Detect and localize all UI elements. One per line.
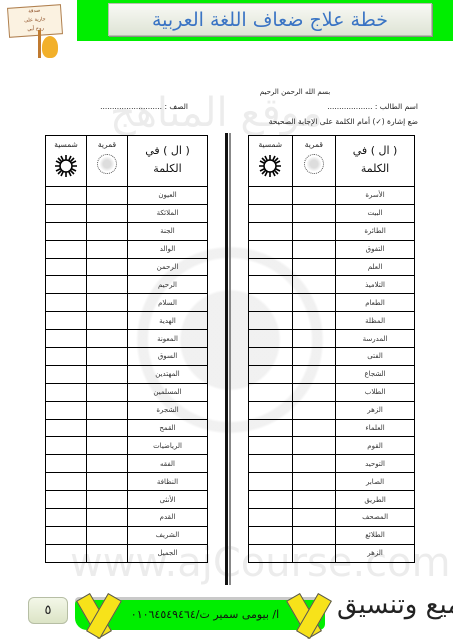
- word-cell: الجميل: [128, 544, 208, 562]
- solar-label: شمسية: [249, 136, 292, 149]
- table-row: الأسرة: [249, 187, 415, 205]
- solar-check-cell[interactable]: [46, 312, 87, 330]
- word-cell: الهدية: [128, 312, 208, 330]
- solar-check-cell[interactable]: [249, 544, 293, 562]
- solar-check-cell[interactable]: [249, 365, 293, 383]
- word-cell: الطلاب: [336, 383, 415, 401]
- solar-check-cell[interactable]: [46, 455, 87, 473]
- word-cell: العلماء: [336, 419, 415, 437]
- table-row: الرياضيات: [46, 437, 208, 455]
- lunar-check-cell[interactable]: [292, 509, 336, 527]
- solar-check-cell[interactable]: [46, 383, 87, 401]
- solar-check-cell[interactable]: [46, 365, 87, 383]
- lunar-check-cell[interactable]: [87, 491, 128, 509]
- word-cell: الشجاع: [336, 365, 415, 383]
- table-row: الزهر: [249, 544, 415, 562]
- solar-check-cell[interactable]: [46, 526, 87, 544]
- word-cell: الأسرة: [336, 187, 415, 205]
- watermark-text: موقع المناهج: [110, 90, 323, 136]
- word-cell: المظلة: [336, 312, 415, 330]
- solar-check-cell[interactable]: [249, 383, 293, 401]
- lunar-check-cell[interactable]: [87, 383, 128, 401]
- lunar-label: قمرية: [87, 136, 127, 149]
- lunar-check-cell[interactable]: [87, 473, 128, 491]
- solar-check-cell[interactable]: [249, 276, 293, 294]
- solar-check-cell[interactable]: [249, 204, 293, 222]
- table-row: القدم: [46, 509, 208, 527]
- table-row: العلماء: [249, 419, 415, 437]
- table-row: التلاميذ: [249, 276, 415, 294]
- lunar-check-cell[interactable]: [87, 526, 128, 544]
- column-divider-shadow: [229, 133, 231, 585]
- table-row: الطعام: [249, 294, 415, 312]
- solar-check-cell[interactable]: [249, 437, 293, 455]
- table-row: الفتى: [249, 348, 415, 366]
- table-row: العلم: [249, 258, 415, 276]
- lunar-check-cell[interactable]: [87, 401, 128, 419]
- table-row: الفقه: [46, 455, 208, 473]
- lunar-check-cell[interactable]: [87, 312, 128, 330]
- table-row: الزهر: [249, 401, 415, 419]
- word-cell: المدرسة: [336, 330, 415, 348]
- table-row: الشريف: [46, 526, 208, 544]
- solar-check-cell[interactable]: [46, 509, 87, 527]
- lunar-check-cell[interactable]: [292, 258, 336, 276]
- lunar-check-cell[interactable]: [292, 401, 336, 419]
- logo-sign: صدقة جارية على روح أبي: [7, 4, 63, 38]
- lunar-check-cell[interactable]: [292, 294, 336, 312]
- header-line: الكلمة: [128, 160, 207, 178]
- word-cell: الرياضيات: [128, 437, 208, 455]
- lunar-check-cell[interactable]: [87, 240, 128, 258]
- table-row: المعونة: [46, 330, 208, 348]
- table-row: المهتدين: [46, 365, 208, 383]
- table-row: الهدية: [46, 312, 208, 330]
- table-row: المسلمين: [46, 383, 208, 401]
- table-row: السوق: [46, 348, 208, 366]
- word-cell: السلام: [128, 294, 208, 312]
- word-cell: المسلمين: [128, 383, 208, 401]
- lunar-check-cell[interactable]: [292, 276, 336, 294]
- solar-check-cell[interactable]: [46, 473, 87, 491]
- table-header-row: ( ال ) في الكلمة قمرية شمسية: [46, 136, 208, 187]
- word-cell: الطريق: [336, 491, 415, 509]
- lunar-check-cell[interactable]: [292, 240, 336, 258]
- lunar-check-cell[interactable]: [87, 348, 128, 366]
- solar-check-cell[interactable]: [46, 204, 87, 222]
- lunar-check-cell[interactable]: [292, 383, 336, 401]
- table-row: العيون: [46, 187, 208, 205]
- lunar-check-cell[interactable]: [87, 330, 128, 348]
- table-row: التفوق: [249, 240, 415, 258]
- solar-check-cell[interactable]: [249, 294, 293, 312]
- lunar-check-cell[interactable]: [87, 204, 128, 222]
- student-name-field: اسم الطالب : ...................: [327, 102, 418, 111]
- lunar-check-cell[interactable]: [292, 365, 336, 383]
- lunar-check-cell[interactable]: [292, 330, 336, 348]
- table-row: النظافة: [46, 473, 208, 491]
- solar-check-cell[interactable]: [249, 473, 293, 491]
- column-divider: [225, 133, 228, 585]
- word-cell: التلاميذ: [336, 276, 415, 294]
- solar-check-cell[interactable]: [46, 401, 87, 419]
- lunar-column-header: قمرية: [87, 136, 128, 187]
- word-cell: الطعام: [336, 294, 415, 312]
- word-cell: الطائرة: [336, 222, 415, 240]
- solar-check-cell[interactable]: [249, 222, 293, 240]
- solar-label: شمسية: [46, 136, 86, 149]
- lunar-check-cell[interactable]: [87, 455, 128, 473]
- lunar-label: قمرية: [293, 136, 336, 149]
- word-cell: الطلائع: [336, 526, 415, 544]
- word-cell: المعونة: [128, 330, 208, 348]
- lunar-check-cell[interactable]: [292, 526, 336, 544]
- solar-check-cell[interactable]: [249, 330, 293, 348]
- solar-check-cell[interactable]: [249, 312, 293, 330]
- table-row: المظلة: [249, 312, 415, 330]
- word-cell: المهتدين: [128, 365, 208, 383]
- word-cell: القوم: [336, 437, 415, 455]
- solar-column-header: شمسية: [249, 136, 293, 187]
- word-cell: القدم: [128, 509, 208, 527]
- word-cell: التفوق: [336, 240, 415, 258]
- table-row: الرحيم: [46, 276, 208, 294]
- lunar-check-cell[interactable]: [292, 544, 336, 562]
- author-contact: ا/ بيومى سمير ت/٠١٠٦٤٥٤٩٤٦٤: [115, 608, 295, 621]
- table-row: الأنثى: [46, 491, 208, 509]
- solar-check-cell[interactable]: [249, 348, 293, 366]
- solar-check-cell[interactable]: [249, 258, 293, 276]
- lunar-check-cell[interactable]: [87, 365, 128, 383]
- word-cell: العلم: [336, 258, 415, 276]
- table-row: المدرسة: [249, 330, 415, 348]
- lunar-check-cell[interactable]: [292, 348, 336, 366]
- solar-check-cell[interactable]: [249, 526, 293, 544]
- word-column-header: ( ال ) في الكلمة: [336, 136, 415, 187]
- instruction-text: ضع إشارة (✓) أمام الكلمة على الإجابة الص…: [269, 117, 418, 126]
- logo-pole: [38, 30, 41, 58]
- solar-check-cell[interactable]: [249, 509, 293, 527]
- word-cell: الشجرة: [128, 401, 208, 419]
- word-cell: المصحف: [336, 509, 415, 527]
- lunar-check-cell[interactable]: [87, 419, 128, 437]
- lunar-check-cell[interactable]: [292, 491, 336, 509]
- solar-check-cell[interactable]: [249, 187, 293, 205]
- word-cell: الرحمن: [128, 258, 208, 276]
- solar-check-cell[interactable]: [46, 222, 87, 240]
- solar-check-cell[interactable]: [46, 276, 87, 294]
- page-title: خطة علاج ضعاف اللغة العربية: [152, 9, 388, 31]
- lunar-check-cell[interactable]: [87, 222, 128, 240]
- table-row: الشجاع: [249, 365, 415, 383]
- table-row: الرحمن: [46, 258, 208, 276]
- class-field: الصف : ..........................: [100, 102, 188, 111]
- moon-icon: [97, 154, 117, 174]
- sun-icon: [55, 155, 77, 177]
- logo-image: صدقة جارية على روح أبي: [4, 4, 62, 60]
- lunar-check-cell[interactable]: [292, 437, 336, 455]
- lunar-check-cell[interactable]: [292, 187, 336, 205]
- table-row: البيت: [249, 204, 415, 222]
- moon-icon: [304, 154, 324, 174]
- table-row: القوم: [249, 437, 415, 455]
- page-number: ٥: [28, 597, 68, 624]
- solar-check-cell[interactable]: [46, 330, 87, 348]
- word-column-header: ( ال ) في الكلمة: [128, 136, 208, 187]
- word-cell: العيون: [128, 187, 208, 205]
- table-row: الملائكة: [46, 204, 208, 222]
- table-row: المصحف: [249, 509, 415, 527]
- lunar-check-cell[interactable]: [292, 473, 336, 491]
- solar-check-cell[interactable]: [46, 419, 87, 437]
- solar-check-cell[interactable]: [46, 240, 87, 258]
- solar-check-cell[interactable]: [46, 544, 87, 562]
- lunar-check-cell[interactable]: [87, 437, 128, 455]
- word-cell: الجنة: [128, 222, 208, 240]
- lunar-column-header: قمرية: [292, 136, 336, 187]
- bear-icon: [42, 36, 58, 58]
- header-line: ( ال ) في: [336, 136, 414, 160]
- word-cell: الرحيم: [128, 276, 208, 294]
- word-cell: الفتى: [336, 348, 415, 366]
- word-cell: الملائكة: [128, 204, 208, 222]
- solar-check-cell[interactable]: [46, 491, 87, 509]
- lunar-check-cell[interactable]: [292, 222, 336, 240]
- solar-check-cell[interactable]: [46, 187, 87, 205]
- table-row: القمح: [46, 419, 208, 437]
- word-cell: الشريف: [128, 526, 208, 544]
- word-cell: الأنثى: [128, 491, 208, 509]
- word-cell: الوالد: [128, 240, 208, 258]
- solar-check-cell[interactable]: [249, 455, 293, 473]
- lunar-check-cell[interactable]: [87, 276, 128, 294]
- word-cell: القمح: [128, 419, 208, 437]
- solar-check-cell[interactable]: [249, 419, 293, 437]
- table-row: الجميل: [46, 544, 208, 562]
- header-line: ( ال ) في: [128, 136, 207, 160]
- table-row: الشجرة: [46, 401, 208, 419]
- solar-check-cell[interactable]: [46, 258, 87, 276]
- lunar-check-cell[interactable]: [292, 204, 336, 222]
- word-cell: السوق: [128, 348, 208, 366]
- word-cell: الفقه: [128, 455, 208, 473]
- solar-check-cell[interactable]: [249, 240, 293, 258]
- table-row: التوحيد: [249, 455, 415, 473]
- lunar-check-cell[interactable]: [292, 419, 336, 437]
- lunar-check-cell[interactable]: [87, 187, 128, 205]
- title-banner: خطة علاج ضعاف اللغة العربية: [77, 0, 453, 41]
- word-cell: الصابر: [336, 473, 415, 491]
- solar-check-cell[interactable]: [249, 491, 293, 509]
- lunar-check-cell[interactable]: [87, 509, 128, 527]
- title-box: خطة علاج ضعاف اللغة العربية: [108, 3, 432, 36]
- solar-check-cell[interactable]: [249, 401, 293, 419]
- table-row: الجنة: [46, 222, 208, 240]
- header-line: الكلمة: [336, 160, 414, 178]
- word-cell: البيت: [336, 204, 415, 222]
- solar-check-cell[interactable]: [46, 437, 87, 455]
- table-row: الطلائع: [249, 526, 415, 544]
- word-cell: الزهر: [336, 544, 415, 562]
- solar-check-cell[interactable]: [46, 348, 87, 366]
- table-row: الطلاب: [249, 383, 415, 401]
- left-exercise-table: ( ال ) في الكلمة قمرية شمسية العيونالملا…: [45, 135, 208, 563]
- table-row: الصابر: [249, 473, 415, 491]
- table-header-row: ( ال ) في الكلمة قمرية شمسية: [249, 136, 415, 187]
- lunar-check-cell[interactable]: [87, 544, 128, 562]
- table-row: الوالد: [46, 240, 208, 258]
- word-cell: النظافة: [128, 473, 208, 491]
- solar-check-cell[interactable]: [46, 294, 87, 312]
- word-cell: الزهر: [336, 401, 415, 419]
- table-row: الطريق: [249, 491, 415, 509]
- sun-icon: [259, 155, 281, 177]
- basmala: بسم الله الرحمن الرحيم: [240, 88, 350, 96]
- compiled-by-label: تجميع وتنسيق: [337, 590, 453, 620]
- word-cell: التوحيد: [336, 455, 415, 473]
- lunar-check-cell[interactable]: [87, 294, 128, 312]
- lunar-check-cell[interactable]: [292, 312, 336, 330]
- lunar-check-cell[interactable]: [292, 455, 336, 473]
- lunar-check-cell[interactable]: [87, 258, 128, 276]
- table-row: السلام: [46, 294, 208, 312]
- solar-column-header: شمسية: [46, 136, 87, 187]
- table-row: الطائرة: [249, 222, 415, 240]
- right-exercise-table: ( ال ) في الكلمة قمرية شمسية الأسرةالبيت…: [248, 135, 415, 563]
